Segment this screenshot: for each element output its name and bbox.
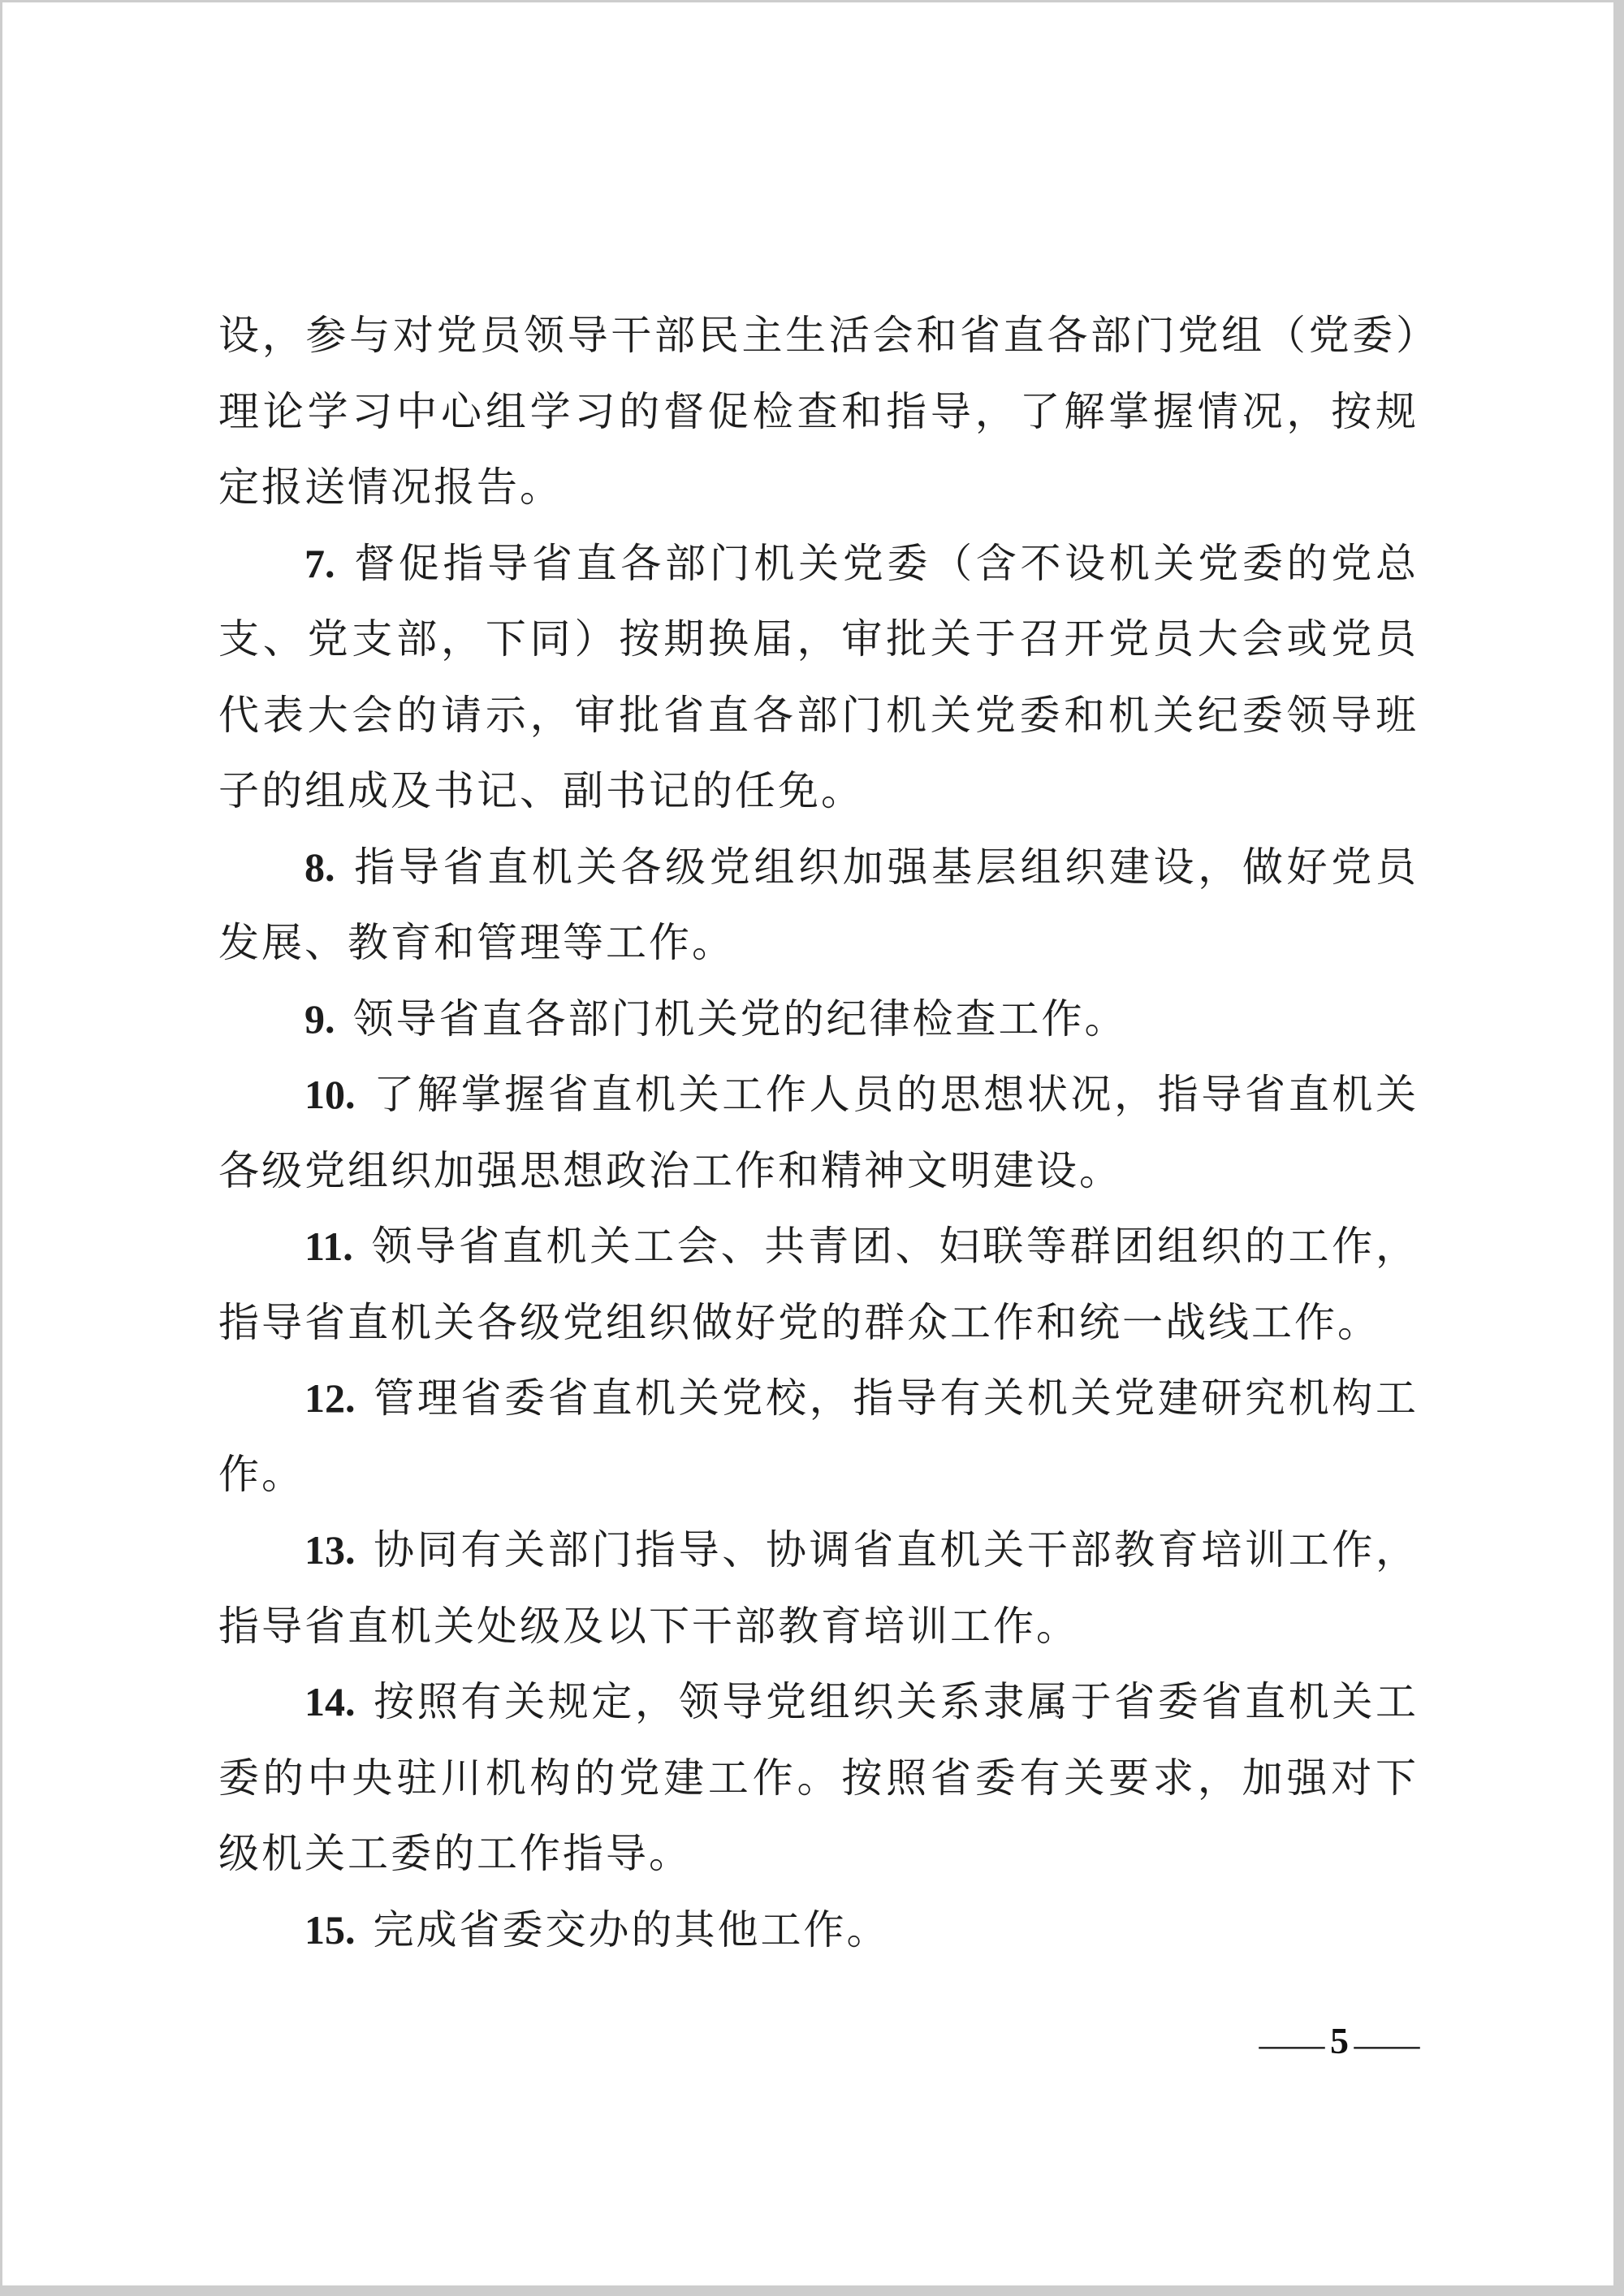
- item-text: 领导省直各部门机关党的纪律检查工作。: [353, 996, 1128, 1042]
- item-text: 完成省委交办的其他工作。: [374, 1907, 890, 1953]
- paragraph: 设，参与对党员领导干部民主生活会和省直各部门党组（党委）理论学习中心组学习的督促…: [218, 298, 1419, 526]
- item-number: 8.: [304, 844, 335, 890]
- numbered-item: 13.协同有关部门指导、协调省直机关干部教育培训工作，指导省直机关处级及以下干部…: [218, 1513, 1419, 1664]
- item-text: 按照有关规定，领导党组织关系隶属于省委省直机关工委的中央驻川机构的党建工作。按照…: [218, 1679, 1419, 1876]
- numbered-item: 7.督促指导省直各部门机关党委（含不设机关党委的党总支、党支部，下同）按期换届，…: [218, 526, 1419, 830]
- numbered-item: 14.按照有关规定，领导党组织关系隶属于省委省直机关工委的中央驻川机构的党建工作…: [218, 1664, 1419, 1892]
- item-number: 11.: [304, 1224, 353, 1269]
- item-number: 7.: [304, 541, 335, 586]
- document-page: 设，参与对党员领导干部民主生活会和省直各部门党组（党委）理论学习中心组学习的督促…: [2, 2, 1613, 2285]
- item-number: 9.: [304, 996, 335, 1042]
- numbered-item: 8.指导省直机关各级党组织加强基层组织建设，做好党员发展、教育和管理等工作。: [218, 830, 1419, 982]
- item-text: 管理省委省直机关党校，指导有关机关党建研究机构工作。: [218, 1375, 1419, 1497]
- item-text: 指导省直机关各级党组织加强基层组织建设，做好党员发展、教育和管理等工作。: [218, 844, 1419, 966]
- item-text: 督促指导省直各部门机关党委（含不设机关党委的党总支、党支部，下同）按期换届，审批…: [218, 541, 1419, 814]
- item-text: 领导省直机关工会、共青团、妇联等群团组织的工作，指导省直机关各级党组织做好党的群…: [218, 1224, 1419, 1345]
- item-text: 设，参与对党员领导干部民主生活会和省直各部门党组（党委）理论学习中心组学习的督促…: [218, 313, 1419, 510]
- item-number: 14.: [304, 1679, 356, 1724]
- numbered-item: 10.了解掌握省直机关工作人员的思想状况，指导省直机关各级党组织加强思想政治工作…: [218, 1057, 1419, 1209]
- page-number-left-dash: —: [1259, 2022, 1325, 2065]
- numbered-item: 11.领导省直机关工会、共青团、妇联等群团组织的工作，指导省直机关各级党组织做好…: [218, 1209, 1419, 1361]
- item-text: 协同有关部门指导、协调省直机关干部教育培训工作，指导省直机关处级及以下干部教育培…: [218, 1527, 1419, 1649]
- document-body: 设，参与对党员领导干部民主生活会和省直各部门党组（党委）理论学习中心组学习的督促…: [218, 298, 1419, 1968]
- numbered-item: 9.领导省直各部门机关党的纪律检查工作。: [218, 982, 1419, 1058]
- item-number: 13.: [304, 1527, 356, 1573]
- numbered-item: 12.管理省委省直机关党校，指导有关机关党建研究机构工作。: [218, 1361, 1419, 1513]
- item-number: 15.: [304, 1907, 356, 1953]
- item-number: 12.: [304, 1375, 356, 1421]
- page-number-right-dash: —: [1354, 2022, 1420, 2065]
- page-number: — 5 —: [1273, 2015, 1406, 2072]
- numbered-item: 15.完成省委交办的其他工作。: [218, 1892, 1419, 1969]
- item-text: 了解掌握省直机关工作人员的思想状况，指导省直机关各级党组织加强思想政治工作和精神…: [218, 1072, 1419, 1193]
- item-number: 10.: [304, 1072, 356, 1117]
- page-number-value: 5: [1330, 2019, 1349, 2062]
